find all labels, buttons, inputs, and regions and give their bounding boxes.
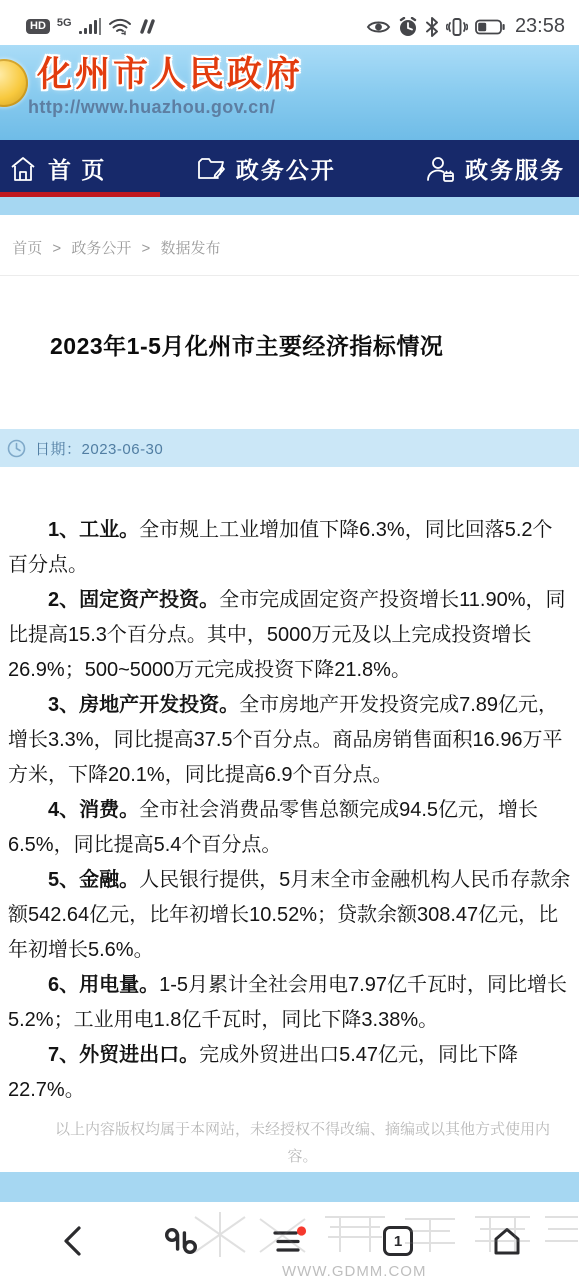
breadcrumb-prefix: ： (0, 240, 8, 257)
hd-badge: HD (26, 19, 50, 34)
bluetooth-icon (425, 17, 439, 37)
breadcrumb-separator: > (52, 240, 61, 257)
tab-count: 1 (383, 1226, 413, 1256)
site-title: 化州市人民政府 (37, 47, 303, 97)
vibrate-icon (446, 17, 468, 37)
paragraph-electricity: 6、用电量。1-5月累计全社会用电7.97亿千瓦时，同比增长5.2%；工业用电1… (8, 968, 571, 1038)
breadcrumb-item-home[interactable]: 首页 (12, 240, 42, 257)
nav-tab-label: 政务公开 (236, 152, 336, 185)
national-emblem-logo (0, 59, 28, 107)
breadcrumb-item-data-release[interactable]: 数据发布 (160, 240, 220, 257)
nav-tab-label: 政务服务 (465, 152, 565, 185)
breadcrumb-separator: > (142, 240, 151, 257)
double-slash-icon (139, 18, 157, 36)
disclaimer-line: 以上内容版权均属于本网站，未经授权不得改编、摘编或以其他方式使用内容。 (55, 1116, 550, 1170)
folder-edit-icon (196, 154, 226, 184)
breadcrumb-item-gov-info[interactable]: 政务公开 (71, 240, 131, 257)
tabs-button[interactable]: 1 (370, 1213, 426, 1269)
article-body: 1、工业。全市规上工业增加值下降6.3%，同比回落5.2个百分点。 2、固定资产… (0, 467, 579, 1108)
person-service-icon (425, 154, 455, 184)
site-url[interactable]: http://www.huazhou.gov.cn/ (28, 97, 275, 118)
publish-date: 日期：2023-06-30 (35, 438, 163, 459)
nav-tab-home[interactable]: 首 页 (8, 152, 106, 185)
status-time: 23:58 (515, 15, 565, 38)
alarm-icon (398, 17, 418, 37)
menu-button[interactable] (261, 1213, 317, 1269)
wifi-icon (108, 18, 132, 36)
paragraph-foreign-trade: 7、外贸进出口。完成外贸进出口5.47亿元，同比下降22.7%。 (8, 1038, 571, 1108)
app-center-button[interactable] (153, 1213, 209, 1269)
paragraph-consumption: 4、消费。全市社会消费品零售总额完成94.5亿元，增长6.5%，同比提高5.4个… (8, 793, 571, 863)
date-bar: 日期：2023-06-30 (0, 429, 579, 467)
paragraph-real-estate: 3、房地产开发投资。全市房地产开发投资完成7.89亿元，增长3.3%，同比提高3… (8, 688, 571, 793)
home-icon (8, 154, 38, 184)
article-title: 2023年1-5月化州市主要经济指标情况 (50, 328, 567, 361)
eye-comfort-icon (366, 18, 391, 36)
nav-tab-label: 首 页 (48, 152, 106, 185)
browser-toolbar: 1 (0, 1202, 579, 1280)
network-type-label: 5G (57, 17, 72, 29)
clock-icon (7, 439, 26, 458)
nav-tab-gov-info[interactable]: 政务公开 (196, 152, 336, 185)
home-button[interactable] (479, 1213, 535, 1269)
notification-dot (297, 1226, 306, 1235)
breadcrumb: ： 首页 > 政务公开 > 数据发布 (0, 215, 579, 276)
back-button[interactable] (44, 1213, 100, 1269)
main-nav: 首 页 政务公开 政务服务 (0, 140, 579, 197)
status-bar: HD 5G (0, 0, 579, 45)
footer-divider-strip (0, 1172, 579, 1202)
header-divider-strip (0, 197, 579, 215)
paragraph-finance: 5、金融。人民银行提供，5月末全市金融机构人民币存款余额542.64亿元，比年初… (8, 863, 571, 968)
page-content: ： 首页 > 政务公开 > 数据发布 2023年1-5月化州市主要经济指标情况 … (0, 215, 579, 1268)
paragraph-industry: 1、工业。全市规上工业增加值下降6.3%，同比回落5.2个百分点。 (8, 513, 571, 583)
battery-icon (475, 19, 505, 35)
nav-tab-gov-service[interactable]: 政务服务 (425, 152, 565, 185)
phone-screen: HD 5G (0, 0, 579, 1280)
paragraph-fixed-investment: 2、固定资产投资。全市完成固定资产投资增长11.90%，同比提高15.3个百分点… (8, 583, 571, 688)
signal-strength-icon (79, 18, 101, 36)
site-header: 化州市人民政府 http://www.huazhou.gov.cn/ (0, 45, 579, 140)
